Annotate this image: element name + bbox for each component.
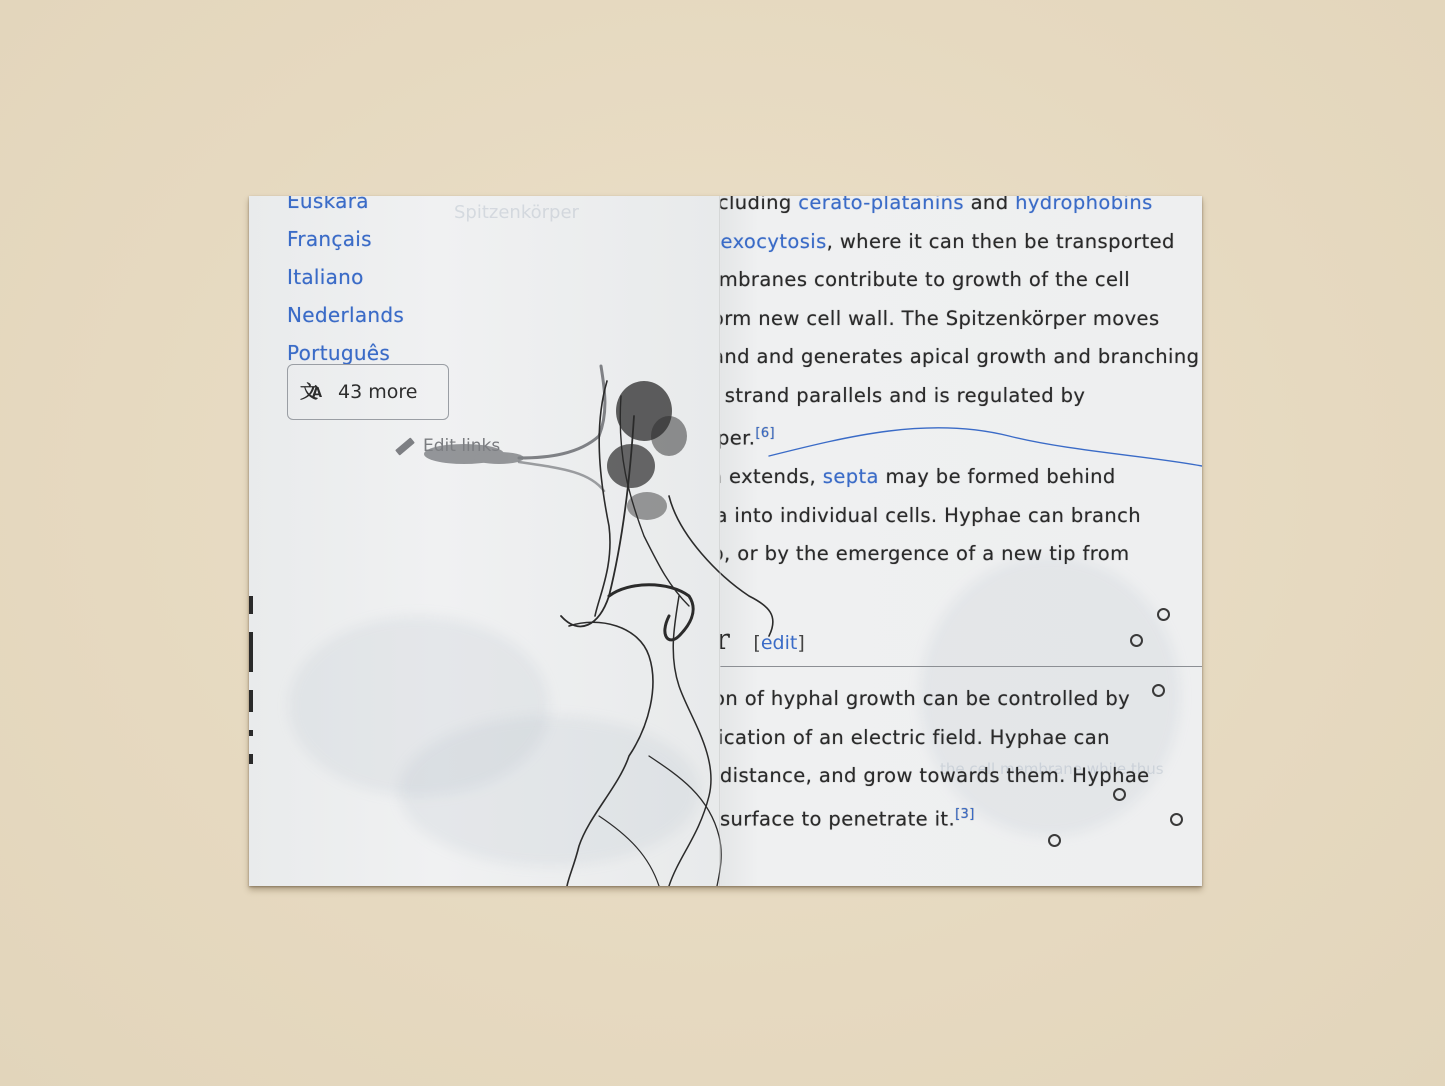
translate-icon: 文 A — [300, 380, 326, 404]
language-link-euskara[interactable]: Euskara — [287, 196, 404, 220]
edit-links-link[interactable]: Edit links — [395, 436, 500, 456]
text-line: The direction of hyphal growth can be co… — [720, 680, 1202, 719]
text-line: permeable surface to penetrate it.[3] — [720, 796, 1202, 839]
text-line: the hyphal strand parallels and is regul… — [720, 377, 1202, 416]
edit-links-label: Edit links — [423, 436, 500, 456]
section-title: Behavior — [720, 622, 729, 656]
text-line: hyphal strand and generates apical growt… — [720, 338, 1202, 377]
ghost-text: Spitzenkörper — [454, 200, 579, 226]
text-line: As a hypha extends, septa may be formed … — [720, 458, 1202, 497]
more-languages-label: 43 more — [338, 381, 417, 403]
pencil-icon — [395, 437, 415, 455]
circle-mark — [1152, 684, 1165, 697]
center-fold — [719, 196, 721, 886]
link-hydrophobins[interactable]: hydrophobins — [1015, 196, 1153, 214]
text-line: each hypha into individual cells. Hyphae… — [720, 497, 1202, 536]
text-line: Spitzenkörper.[6] — [720, 415, 1202, 458]
article-body-behavior: The direction of hyphal growth can be co… — [720, 680, 1202, 839]
circle-mark — [1048, 834, 1061, 847]
citation-ref-6[interactable]: [6] — [755, 426, 775, 441]
circle-mark — [1170, 813, 1183, 826]
text-line: Vesicle membranes contribute to growth o… — [720, 261, 1202, 300]
open-booklet: Spitzenkörper Euskara Français Italiano … — [249, 196, 1202, 886]
text-line: proteins including cerato-platanins and … — [720, 196, 1202, 223]
circle-mark — [1157, 608, 1170, 621]
left-page: Spitzenkörper Euskara Français Italiano … — [249, 196, 720, 886]
language-link-francais[interactable]: Français — [287, 220, 404, 258]
text-line: as the application of an electric field.… — [720, 719, 1202, 758]
language-link-nederlands[interactable]: Nederlands — [287, 296, 404, 334]
text-line: from some distance, and grow towards the… — [720, 757, 1202, 796]
citation-ref-3[interactable]: [3] — [955, 807, 975, 822]
text-line: contents form new cell wall. The Spitzen… — [720, 300, 1202, 339]
language-list: Euskara Français Italiano Nederlands Por… — [287, 196, 404, 372]
language-link-italiano[interactable]: Italiano — [287, 258, 404, 296]
text-line: growing tip, or by the emergence of a ne… — [720, 535, 1202, 574]
section-heading-behavior: Behavior [edit] — [720, 622, 1202, 667]
section-edit: [edit] — [753, 632, 804, 654]
right-page: the cell membrane while thus proteins in… — [720, 196, 1202, 886]
edit-section-link[interactable]: edit — [761, 632, 797, 654]
article-body: proteins including cerato-platanins and … — [720, 196, 1202, 574]
link-exocytosis[interactable]: exocytosis — [721, 230, 827, 253]
show-through-texture — [399, 716, 699, 866]
more-languages-button[interactable]: 文 A 43 more — [287, 364, 449, 420]
circle-mark — [1130, 634, 1143, 647]
edge-print-marks — [249, 596, 257, 856]
circle-mark — [1113, 788, 1126, 801]
link-septa[interactable]: septa — [823, 465, 879, 488]
text-line: process of exocytosis, where it can then… — [720, 223, 1202, 262]
link-cerato-platanins[interactable]: cerato-platanins — [798, 196, 964, 214]
